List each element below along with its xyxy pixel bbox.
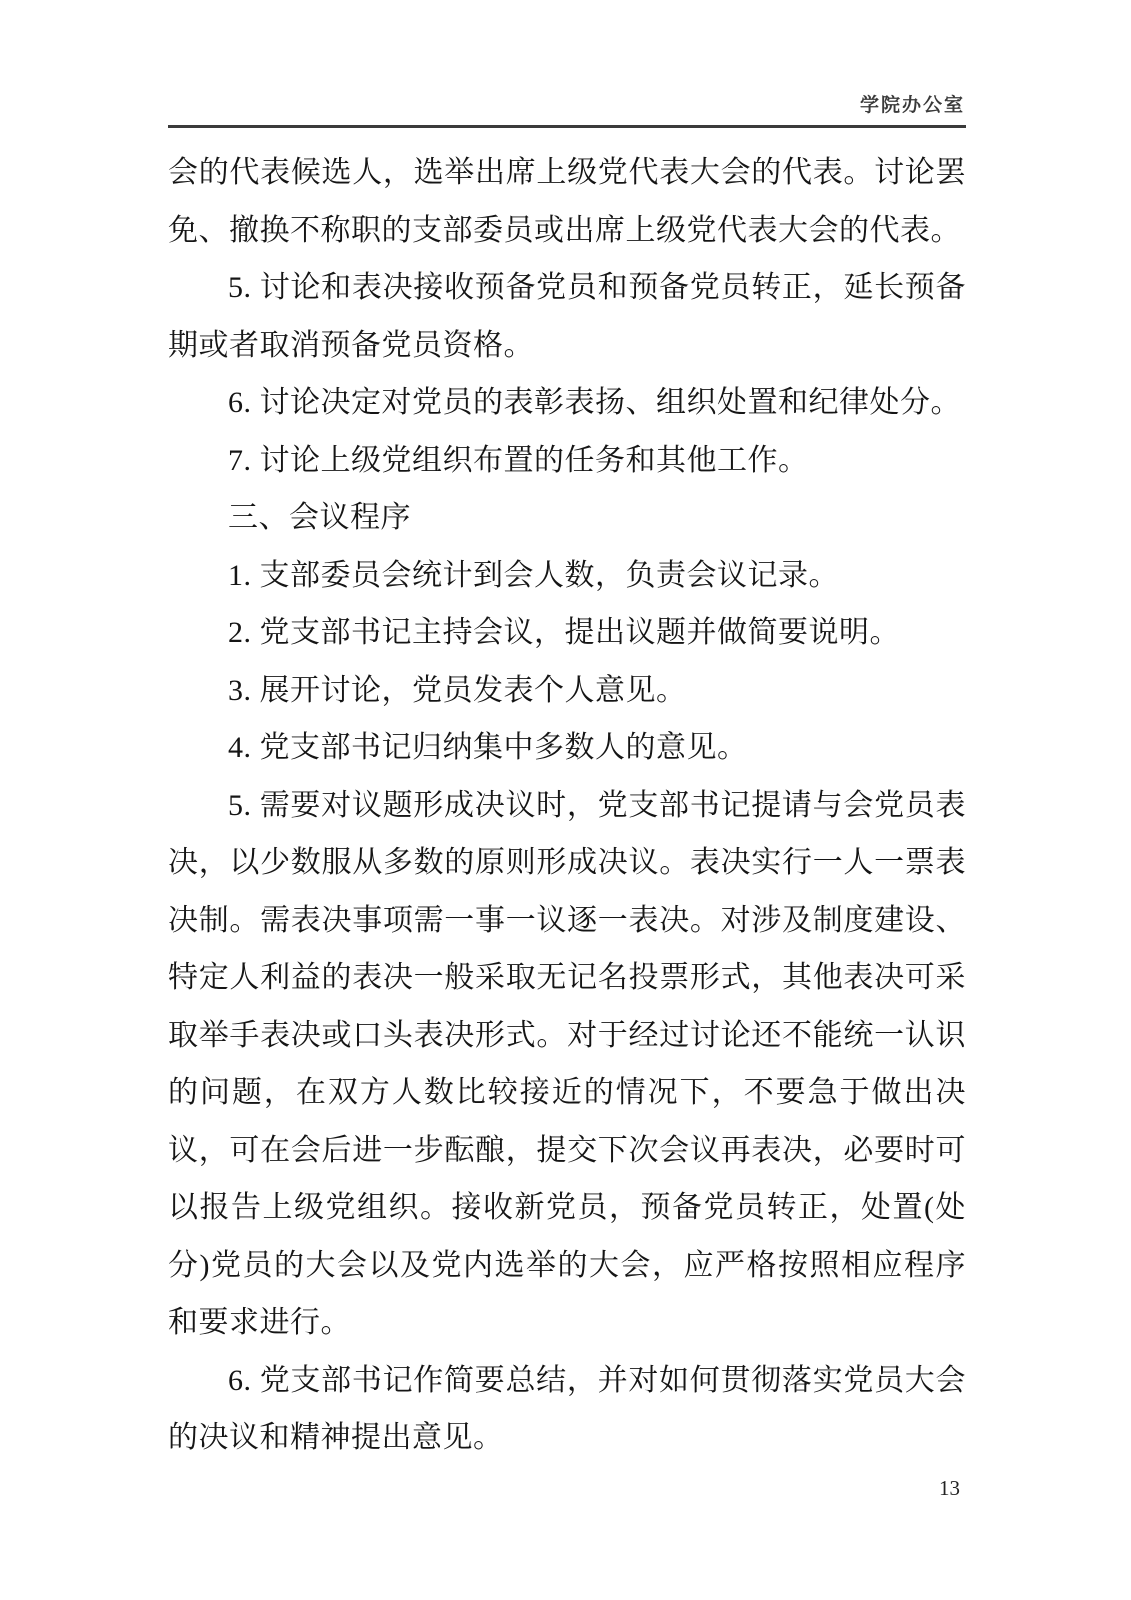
section-heading: 三、会议程序: [168, 489, 966, 547]
paragraph: 4. 党支部书记归纳集中多数人的意见。: [168, 719, 966, 777]
page-number: 13: [939, 1476, 960, 1501]
paragraph: 5. 需要对议题形成决议时，党支部书记提请与会党员表决，以少数服从多数的原则形成…: [168, 777, 966, 1352]
paragraph: 会的代表候选人，选举出席上级党代表大会的代表。讨论罢免、撤换不称职的支部委员或出…: [168, 144, 966, 259]
header-title: 学院办公室: [860, 90, 965, 117]
paragraph: 1. 支部委员会统计到会人数，负责会议记录。: [168, 547, 966, 605]
paragraph: 6. 讨论决定对党员的表彰表扬、组织处置和纪律处分。: [168, 374, 966, 432]
paragraph: 2. 党支部书记主持会议，提出议题并做简要说明。: [168, 604, 966, 662]
document-page: 学院办公室 会的代表候选人，选举出席上级党代表大会的代表。讨论罢免、撤换不称职的…: [0, 0, 1131, 1600]
paragraph: 5. 讨论和表决接收预备党员和预备党员转正，延长预备期或者取消预备党员资格。: [168, 259, 966, 374]
document-body: 会的代表候选人，选举出席上级党代表大会的代表。讨论罢免、撤换不称职的支部委员或出…: [168, 144, 966, 1467]
paragraph: 7. 讨论上级党组织布置的任务和其他工作。: [168, 432, 966, 490]
paragraph: 6. 党支部书记作简要总结，并对如何贯彻落实党员大会的决议和精神提出意见。: [168, 1352, 966, 1467]
header-rule: [168, 125, 966, 128]
paragraph: 3. 展开讨论，党员发表个人意见。: [168, 662, 966, 720]
